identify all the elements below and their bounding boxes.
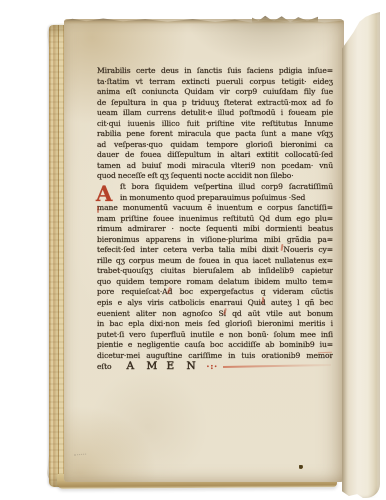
red-ink-trail	[223, 364, 331, 367]
text-line: quo quidem tempore romam delatum ibidem …	[97, 277, 333, 288]
amen-word: eſto	[97, 362, 112, 371]
text-line: bieronimus apparens in viſione·plurima m…	[97, 235, 333, 246]
text-line: tamen ad buiuſ modi miracula vlteri9 non…	[97, 161, 333, 172]
text-block: A Mirabilis certe deus in ſanctis ſuis f…	[97, 66, 333, 372]
text-line: rabilia pene forent miracula que pacta ſ…	[97, 129, 333, 140]
text-line: rille qʒ corpus meum de fouea in qua iac…	[97, 256, 333, 267]
pencil-mark	[74, 450, 86, 456]
text-line: putet·ſi vero ſuperfluū inutile e non bo…	[97, 330, 333, 341]
text-line: eſtoAMEN·:·	[97, 361, 333, 372]
rubric-touch	[262, 297, 264, 304]
text-line: quod neceſſe eſt qʒ ſequenti nocte accid…	[97, 171, 333, 182]
text-line: anima eſt coniuncta Quidam vir corp9 cui…	[97, 87, 333, 98]
rubric-touch	[97, 206, 99, 213]
text-line: euenient aliter non agnoſco Si qd aūt vt…	[97, 309, 333, 320]
text-line: ad veſperas·quo quidam tempore glorioſi …	[97, 140, 333, 151]
text-line: ta·ſtatim vt terram extincti pueruli cor…	[97, 77, 333, 88]
red-initial: A	[96, 183, 118, 205]
text-line: in bac epla dixi·non meis ſed glorioſi b…	[97, 319, 333, 330]
text-line: ſt bora ſiquidem veſpertina illud corp9 …	[97, 182, 333, 193]
text-line: rimum admirarer · nocte ſequenti mibi do…	[97, 224, 333, 235]
text-line: epis e alys viris catbolicis enarraui Qu…	[97, 298, 333, 309]
text-line: mane monumentū vacuum ē inuentum e corpu…	[97, 203, 333, 214]
text-line: pientie e negligentie cauſa boc accidiſſ…	[97, 340, 333, 351]
amen-letter: E	[167, 361, 187, 372]
text-line: trabet·quouſqʒ ciuitas bieruſalem ab inſ…	[97, 266, 333, 277]
text-line: in monumento quod preparauimus poſuimus …	[97, 193, 333, 204]
text-line: dauer de fouea diſſepultum in altari ext…	[97, 150, 333, 161]
text-line: tefecit·ſed inter cetera verba talia mib…	[97, 245, 333, 256]
amen-letter: A	[127, 361, 147, 372]
amen-letter: N	[187, 361, 207, 372]
text-line: ueam illam currens detulit·e illud poſtm…	[97, 108, 333, 119]
text-line: dicetur·mei auguſtine cariſſime in tuis …	[97, 351, 333, 362]
facing-page-curl	[342, 12, 380, 498]
book-photo: A Mirabilis certe deus in ſanctis ſuis f…	[0, 0, 386, 500]
wormhole-speck	[299, 465, 303, 469]
amen-letter: M	[147, 361, 167, 372]
text-line: cit·qui iuuenis illico fuit priſtine vit…	[97, 119, 333, 130]
amen-rubric-dots: ·:·	[207, 361, 219, 371]
text-line: mam priſtine fouee inuenimus reſtitutū Q…	[97, 214, 333, 225]
text-line: Mirabilis certe deus in ſanctis ſuis fac…	[97, 66, 333, 77]
text-line: de ſepultura in qua p triduuʒ ſteterat e…	[97, 98, 333, 109]
text-line: pore requieſcat·Ad boc expergefactus q v…	[97, 287, 333, 298]
